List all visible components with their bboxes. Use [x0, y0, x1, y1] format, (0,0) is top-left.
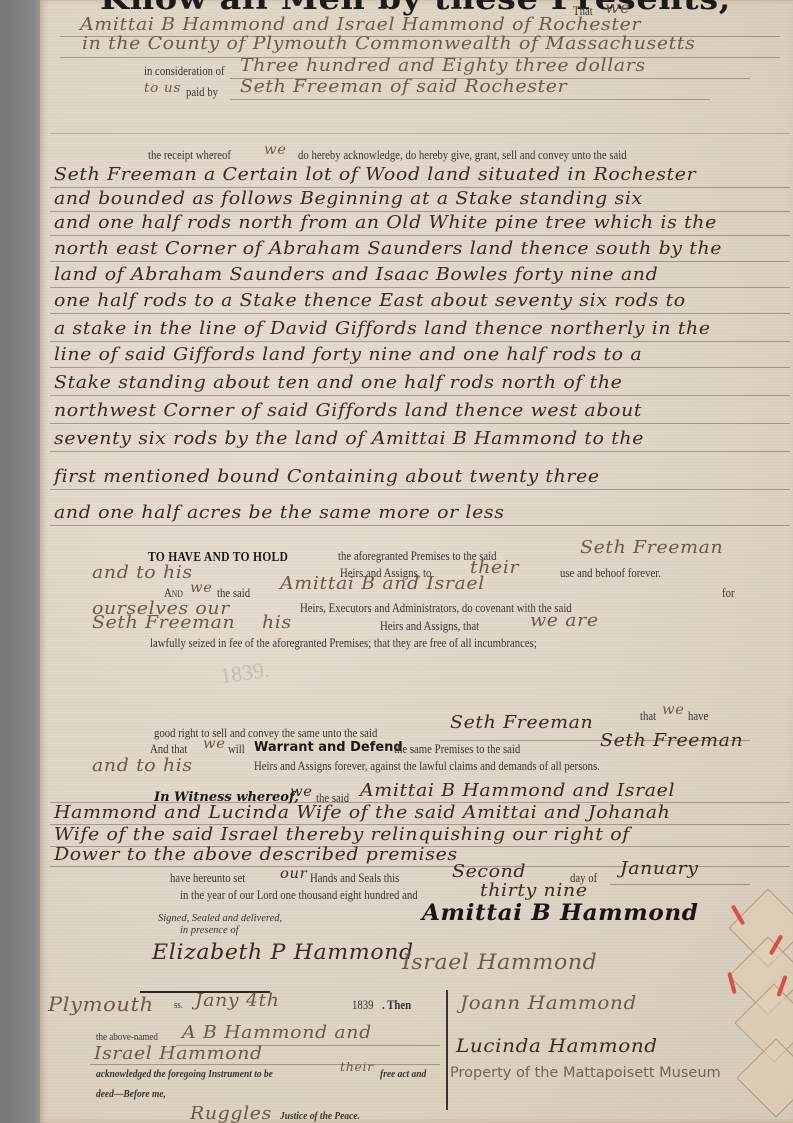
- covenant-names: Amittai B and Israel: [280, 573, 485, 594]
- testimonium-day: Second: [452, 861, 526, 882]
- habendum-grantee: Seth Freeman: [580, 537, 723, 558]
- testimonium-year: thirty nine: [480, 880, 588, 901]
- ack-then: . Then: [382, 998, 411, 1013]
- form-rule: [50, 287, 790, 288]
- form-rule: [50, 525, 790, 526]
- warranty-have: have: [688, 709, 708, 724]
- testimonium-month: January: [620, 858, 699, 879]
- paid-by-label: paid by: [186, 85, 218, 100]
- ack-county: Plymouth: [48, 992, 154, 1016]
- form-rule: [50, 133, 790, 134]
- ack-before-me: deed—Before me,: [96, 1088, 166, 1100]
- ack-text: acknowledged the foregoing Instrument to…: [96, 1068, 273, 1080]
- testimonium-hands: Hands and Seals this: [310, 871, 399, 886]
- warranty-will: will: [228, 742, 245, 757]
- witness-line: Wife of the said Israel thereby relinqui…: [54, 824, 630, 845]
- description-line: Seth Freeman a Certain lot of Wood land …: [54, 164, 696, 185]
- warranty-premises: the same Premises to the said: [394, 742, 520, 757]
- form-rule: [50, 451, 790, 452]
- form-rule: [90, 1064, 440, 1065]
- ack-justice-label: Justice of the Peace.: [280, 1110, 360, 1122]
- receipt-pronoun: we: [264, 142, 287, 158]
- ack-justice-signature: Ruggles: [190, 1103, 272, 1123]
- description-line: seventy six rods by the land of Amittai …: [54, 428, 644, 449]
- covenant-his: his: [262, 612, 292, 633]
- receipt-post: do hereby acknowledge, do hereby give, g…: [298, 148, 627, 163]
- signed-sealed-label: Signed, Sealed and delivered,: [158, 913, 282, 924]
- ack-ss: ss.: [174, 1000, 183, 1011]
- warranty-we: we: [662, 702, 685, 718]
- consideration-amount: Three hundred and Eighty three dollars: [240, 55, 646, 76]
- ack-date: Jany 4th: [195, 990, 280, 1011]
- ack-above-named: the above-named: [96, 1032, 158, 1043]
- covenant-we: we: [190, 580, 213, 596]
- ack-their: their: [340, 1060, 374, 1074]
- form-rule: [50, 489, 790, 490]
- description-line: one half rods to a Stake thence East abo…: [54, 290, 686, 311]
- paid-by-name: Seth Freeman of said Rochester: [240, 76, 567, 97]
- warranty-heirs-hand: and to his: [92, 755, 193, 776]
- description-line: a stake in the line of David Giffords la…: [54, 318, 711, 339]
- witness-line: Hammond and Lucinda Wife of the said Ami…: [54, 802, 670, 823]
- presence-label: in presence of: [180, 925, 239, 936]
- testimonium-our: our: [280, 866, 307, 882]
- ack-names-1: A B Hammond and: [182, 1022, 372, 1043]
- ack-divider: [446, 990, 448, 1110]
- witness-we: we: [290, 784, 313, 800]
- covenant-for: for: [722, 586, 735, 601]
- receipt-pre: the receipt whereof: [148, 148, 231, 163]
- museum-watermark: Property of the Mattapoisett Museum: [450, 1065, 721, 1081]
- ack-free-act: free act and: [380, 1068, 426, 1080]
- seized-clause: lawfully seized in fee of the aforegrant…: [150, 636, 537, 651]
- paid-prefix: to us: [144, 81, 181, 96]
- ack-year: 1839: [352, 998, 374, 1013]
- signature-israel: Israel Hammond: [402, 950, 597, 974]
- description-line: and one half rods north from an Old Whit…: [54, 212, 717, 233]
- form-rule: [50, 313, 790, 314]
- signature-amittai: Amittai B Hammond: [422, 900, 699, 926]
- warrant-defend-title: Warrant and Defend: [254, 740, 403, 755]
- form-rule: [50, 341, 790, 342]
- seal-tab: [736, 1038, 793, 1117]
- description-line: first mentioned bound Containing about t…: [54, 466, 600, 487]
- description-line: north east Corner of Abraham Saunders la…: [54, 238, 722, 259]
- form-rule: [50, 261, 790, 262]
- warranty-heirs-text: Heirs and Assigns forever, against the l…: [254, 759, 600, 774]
- warranty-grantee-2: Seth Freeman: [600, 730, 743, 751]
- description-line: and one half acres be the same more or l…: [54, 502, 505, 523]
- form-rule: [50, 235, 790, 236]
- testimonium-have: have hereunto set: [170, 871, 245, 886]
- warranty-right: good right to sell and convey the same u…: [154, 726, 377, 741]
- warranty-that: that: [640, 709, 656, 724]
- description-line: land of Abraham Saunders and Isaac Bowle…: [54, 264, 658, 285]
- description-line: line of said Giffords land forty nine an…: [54, 344, 642, 365]
- description-line: northwest Corner of said Giffords land t…: [54, 400, 642, 421]
- grantor-county: in the County of Plymouth Commonwealth o…: [82, 33, 695, 54]
- signature-lucinda: Lucinda Hammond: [456, 1035, 658, 1057]
- scan-backdrop: [0, 0, 42, 1123]
- testimonium-year-text: in the year of our Lord one thousand eig…: [180, 888, 418, 903]
- grantor-names: Amittai B Hammond and Israel Hammond of …: [80, 14, 641, 35]
- form-rule: [50, 395, 790, 396]
- signature-joann: Joann Hammond: [460, 992, 637, 1014]
- witness-signature: Elizabeth P Hammond: [152, 940, 414, 964]
- consideration-label: in consideration of: [144, 64, 225, 79]
- habendum-heirs: and to his: [92, 562, 193, 583]
- faded-stamp: 1839.: [218, 657, 271, 690]
- witness-line: Amittai B Hammond and Israel: [360, 780, 675, 801]
- habendum-behoof: use and behoof forever.: [560, 566, 661, 581]
- form-rule: [230, 99, 710, 100]
- covenant-we-are: we are: [530, 610, 599, 631]
- form-rule: [50, 423, 790, 424]
- description-line: Stake standing about ten and one half ro…: [54, 372, 622, 393]
- covenant-heirs: Heirs and Assigns, that: [380, 619, 479, 634]
- warranty-we-2: we: [203, 736, 226, 752]
- form-rule: [610, 884, 750, 885]
- deed-page: Know all Men by these Presents, That we …: [40, 0, 793, 1123]
- witness-line: Dower to the above described premises: [54, 844, 458, 865]
- description-line: and bounded as follows Beginning at a St…: [54, 188, 643, 209]
- covenant-grantee: Seth Freeman: [92, 612, 235, 633]
- ack-names-2: Israel Hammond: [94, 1043, 263, 1064]
- warranty-grantee: Seth Freeman: [450, 712, 593, 733]
- form-rule: [50, 367, 790, 368]
